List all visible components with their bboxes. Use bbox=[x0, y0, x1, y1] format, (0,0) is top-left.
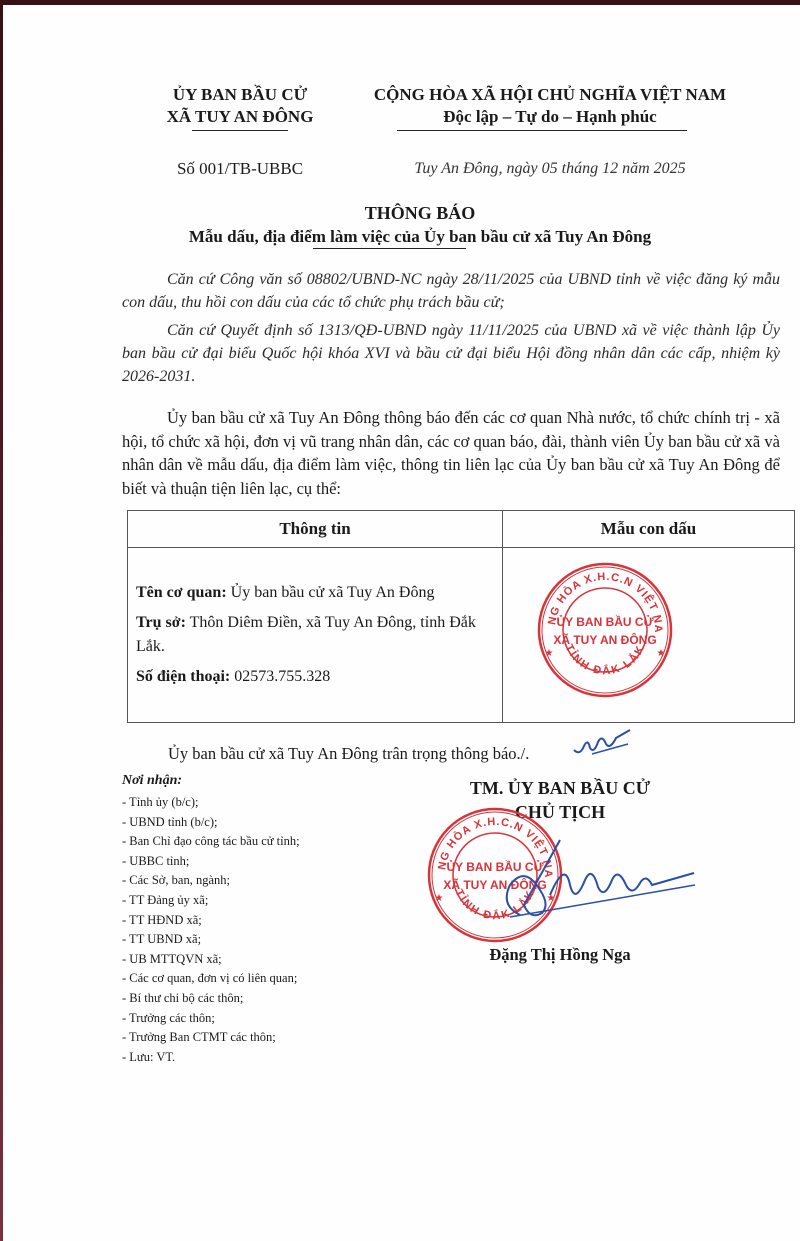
legal-basis-1: Căn cứ Công văn số 08802/UBND-NC ngày 28… bbox=[122, 268, 780, 314]
announcement-paragraph: Ủy ban bầu cử xã Tuy An Đông thông báo đ… bbox=[122, 406, 780, 500]
scan-edge-left bbox=[0, 0, 3, 1241]
list-item: - UBND tỉnh (b/c); bbox=[122, 813, 300, 833]
handwritten-signature-icon bbox=[480, 835, 700, 925]
list-item: - Các cơ quan, đơn vị có liên quan; bbox=[122, 969, 300, 989]
list-item: - TT UBND xã; bbox=[122, 930, 300, 950]
table-row: Tên cơ quan: Ủy ban bầu cử xã Tuy An Đôn… bbox=[128, 548, 795, 723]
list-item: - UBBC tỉnh; bbox=[122, 852, 300, 872]
list-item: - Tỉnh ủy (b/c); bbox=[122, 793, 300, 813]
list-item: - UB MTTQVN xã; bbox=[122, 950, 300, 970]
org-line-2: XÃ TUY AN ĐÔNG bbox=[150, 106, 330, 128]
list-item: - TT HĐND xã; bbox=[122, 911, 300, 931]
recipients-list: - Tỉnh ủy (b/c);- UBND tỉnh (b/c);- Ban … bbox=[122, 793, 300, 1067]
closing-line: Ủy ban bầu cử xã Tuy An Đông trân trọng … bbox=[168, 744, 529, 764]
subtitle-underline bbox=[313, 248, 466, 249]
org-line-1: ỦY BAN BẦU CỬ bbox=[150, 84, 330, 106]
official-seal-icon: CỘNG HÒA X.H.C.N VIỆT NAMTỈNH ĐẮK LẮKỦY … bbox=[535, 560, 675, 700]
recipients-heading: Nơi nhận: bbox=[122, 773, 182, 789]
list-item: - Lưu: VT. bbox=[122, 1048, 300, 1068]
svg-text:★: ★ bbox=[657, 648, 666, 659]
info-cell: Tên cơ quan: Ủy ban bầu cử xã Tuy An Đôn… bbox=[128, 548, 503, 723]
document-subtitle: Mẫu dấu, địa điểm làm việc của Ủy ban bầ… bbox=[100, 227, 740, 247]
list-item: - Bí thư chi bộ các thôn; bbox=[122, 989, 300, 1009]
legal-basis-2: Căn cứ Quyết định số 1313/QĐ-UBND ngày 1… bbox=[122, 319, 780, 388]
document-title: THÔNG BÁO bbox=[100, 203, 740, 224]
issuing-organization: ỦY BAN BẦU CỬ XÃ TUY AN ĐÔNG bbox=[150, 84, 330, 128]
initial-mark-icon bbox=[572, 728, 632, 758]
header-stamp-sample: Mẫu con dấu bbox=[503, 511, 795, 548]
list-item: - Các Sở, ban, ngành; bbox=[122, 871, 300, 891]
scan-edge-top bbox=[0, 0, 800, 5]
national-motto: CỘNG HÒA XÃ HỘI CHỦ NGHĨA VIỆT NAM Độc l… bbox=[345, 84, 755, 128]
org-underline bbox=[192, 130, 288, 131]
agency-address: Trụ sở: Thôn Diêm Điền, xã Tuy An Đông, … bbox=[136, 611, 494, 659]
list-item: - TT Đảng ủy xã; bbox=[122, 891, 300, 911]
svg-text:★: ★ bbox=[545, 648, 554, 659]
motto-underline bbox=[397, 130, 687, 131]
svg-text:★: ★ bbox=[435, 893, 444, 904]
list-item: - Ban Chỉ đạo công tác bầu cử tỉnh; bbox=[122, 832, 300, 852]
nation-line-1: CỘNG HÒA XÃ HỘI CHỦ NGHĨA VIỆT NAM bbox=[345, 84, 755, 106]
nation-line-2: Độc lập – Tự do – Hạnh phúc bbox=[345, 106, 755, 128]
signer-name: Đặng Thị Hồng Nga bbox=[440, 945, 680, 965]
list-item: - Trưởng Ban CTMT các thôn; bbox=[122, 1028, 300, 1048]
date-line: Tuy An Đông, ngày 05 tháng 12 năm 2025 bbox=[345, 160, 755, 178]
info-table: Thông tin Mẫu con dấu Tên cơ quan: Ủy ba… bbox=[127, 510, 795, 723]
document-number: Số 001/TB-UBBC bbox=[150, 159, 330, 179]
list-item: - Trưởng các thôn; bbox=[122, 1009, 300, 1029]
svg-text:ỦY BAN BẦU CỬ: ỦY BAN BẦU CỬ bbox=[556, 614, 653, 629]
svg-text:TỈNH ĐẮK LẮK: TỈNH ĐẮK LẮK bbox=[563, 643, 648, 678]
svg-text:XÃ TUY AN ĐÔNG: XÃ TUY AN ĐÔNG bbox=[553, 632, 656, 647]
signature-org: TM. ỦY BAN BẦU CỬ bbox=[440, 776, 680, 800]
agency-phone: Số điện thoại: 02573.755.328 bbox=[136, 665, 494, 689]
header-info: Thông tin bbox=[128, 511, 503, 548]
table-header-row: Thông tin Mẫu con dấu bbox=[128, 511, 795, 548]
agency-name: Tên cơ quan: Ủy ban bầu cử xã Tuy An Đôn… bbox=[136, 581, 494, 605]
